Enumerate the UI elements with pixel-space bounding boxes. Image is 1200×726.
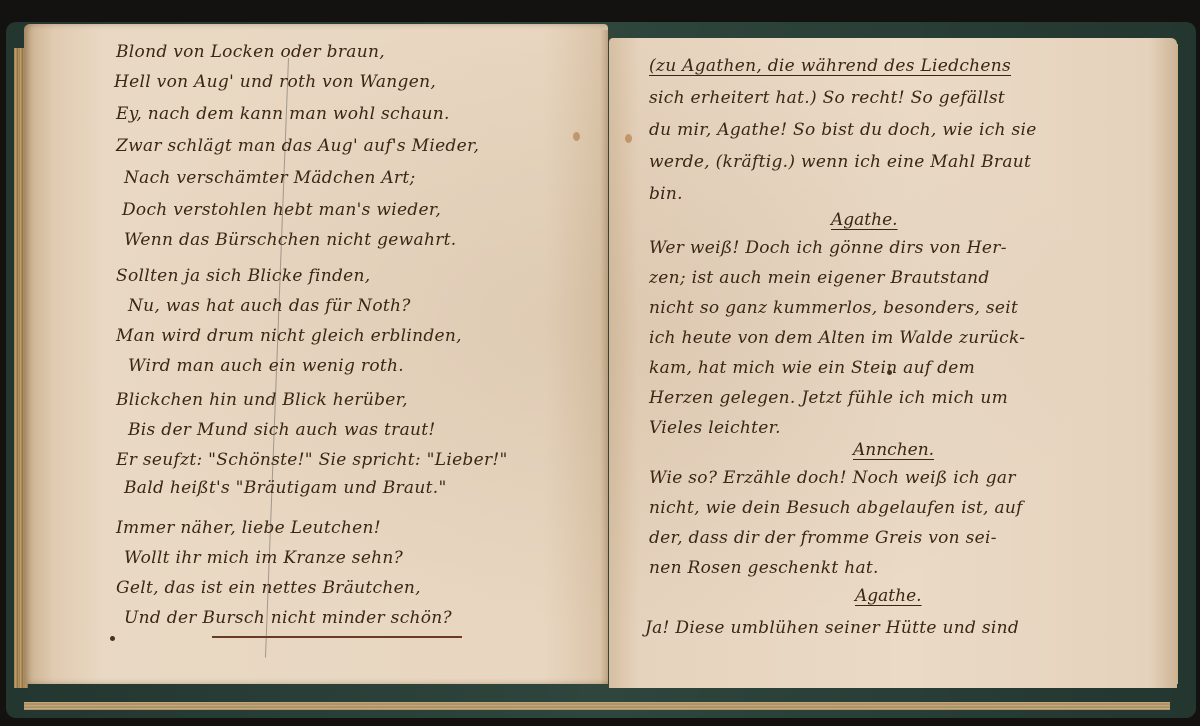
left-line-15: Bald heißt's "Bräutigam und Braut."	[124, 478, 447, 498]
right-line-11: Herzen gelegen. Jetzt fühle ich mich um	[649, 388, 1008, 408]
right-line-16: nen Rosen geschenkt hat.	[649, 558, 879, 578]
left-line-12: Blickchen hin und Blick herüber,	[116, 390, 408, 410]
right-line-2: sich erheitert hat.) So recht! So gefäll…	[649, 88, 1005, 108]
speaker-heading-agathe-1: Agathe.	[831, 210, 898, 230]
left-page: Blond von Locken oder braun, Hell von Au…	[24, 24, 608, 684]
left-line-13: Bis der Mund sich auch was traut!	[128, 420, 436, 440]
left-line-17: Wollt ihr mich im Kranze sehn?	[124, 548, 403, 568]
left-line-18: Gelt, das ist ein nettes Bräutchen,	[116, 578, 421, 598]
ink-speck	[110, 636, 115, 641]
right-line-5: bin.	[649, 184, 683, 204]
right-page: (zu Agathen, die während des Liedchens s…	[609, 38, 1177, 688]
left-line-8: Sollten ja sich Blicke finden,	[116, 266, 370, 286]
right-line-9: ich heute von dem Alten im Walde zurück-	[649, 328, 1025, 348]
left-line-16: Immer näher, liebe Leutchen!	[116, 518, 381, 538]
speaker-heading-annchen: Annchen.	[853, 440, 934, 460]
left-line-3: Ey, nach dem kann man wohl schaun.	[116, 104, 450, 124]
right-line-14: nicht, wie dein Besuch abgelaufen ist, a…	[649, 498, 1023, 518]
left-line-10: Man wird drum nicht gleich erblinden,	[116, 326, 462, 346]
left-line-14: Er seufzt: "Schönste!" Sie spricht: "Lie…	[116, 450, 508, 470]
page-edges-bottom	[24, 702, 1170, 710]
right-line-4: werde, (kräftig.) wenn ich eine Mahl Bra…	[649, 152, 1031, 172]
left-line-11: Wird man auch ein wenig roth.	[128, 356, 404, 376]
left-line-2: Hell von Aug' und roth von Wangen,	[114, 72, 436, 92]
right-line-10: kam, hat mich wie ein Stein auf dem	[649, 358, 975, 378]
left-line-1: Blond von Locken oder braun,	[116, 42, 385, 62]
right-line-12: Vieles leichter.	[649, 418, 781, 438]
ink-blot	[887, 370, 892, 375]
right-line-6: Wer weiß! Doch ich gönne dirs von Her-	[649, 238, 1007, 258]
right-line-1: (zu Agathen, die während des Liedchens	[649, 56, 1011, 76]
right-line-17: Ja! Diese umblühen seiner Hütte und sind	[645, 618, 1019, 638]
speaker-heading-agathe-2: Agathe.	[855, 586, 922, 606]
left-line-7: Wenn das Bürschchen nicht gewahrt.	[124, 230, 456, 250]
left-line-6: Doch verstohlen hebt man's wieder,	[122, 200, 441, 220]
left-line-19: Und der Bursch nicht minder schön?	[124, 608, 452, 628]
right-line-8: nicht so ganz kummerlos, besonders, seit	[649, 298, 1018, 318]
left-line-9: Nu, was hat auch das für Noth?	[128, 296, 411, 316]
right-line-7: zen; ist auch mein eigener Brautstand	[649, 268, 990, 288]
right-line-13: Wie so? Erzähle doch! Noch weiß ich gar	[649, 468, 1016, 488]
right-line-3: du mir, Agathe! So bist du doch, wie ich…	[649, 120, 1037, 140]
left-line-5: Nach verschämter Mädchen Art;	[124, 168, 416, 188]
paper-stain	[625, 134, 632, 143]
right-line-15: der, dass dir der fromme Greis von sei-	[649, 528, 997, 548]
end-rule	[212, 636, 462, 638]
left-line-4: Zwar schlägt man das Aug' auf's Mieder,	[116, 136, 479, 156]
paper-stain	[573, 132, 580, 141]
